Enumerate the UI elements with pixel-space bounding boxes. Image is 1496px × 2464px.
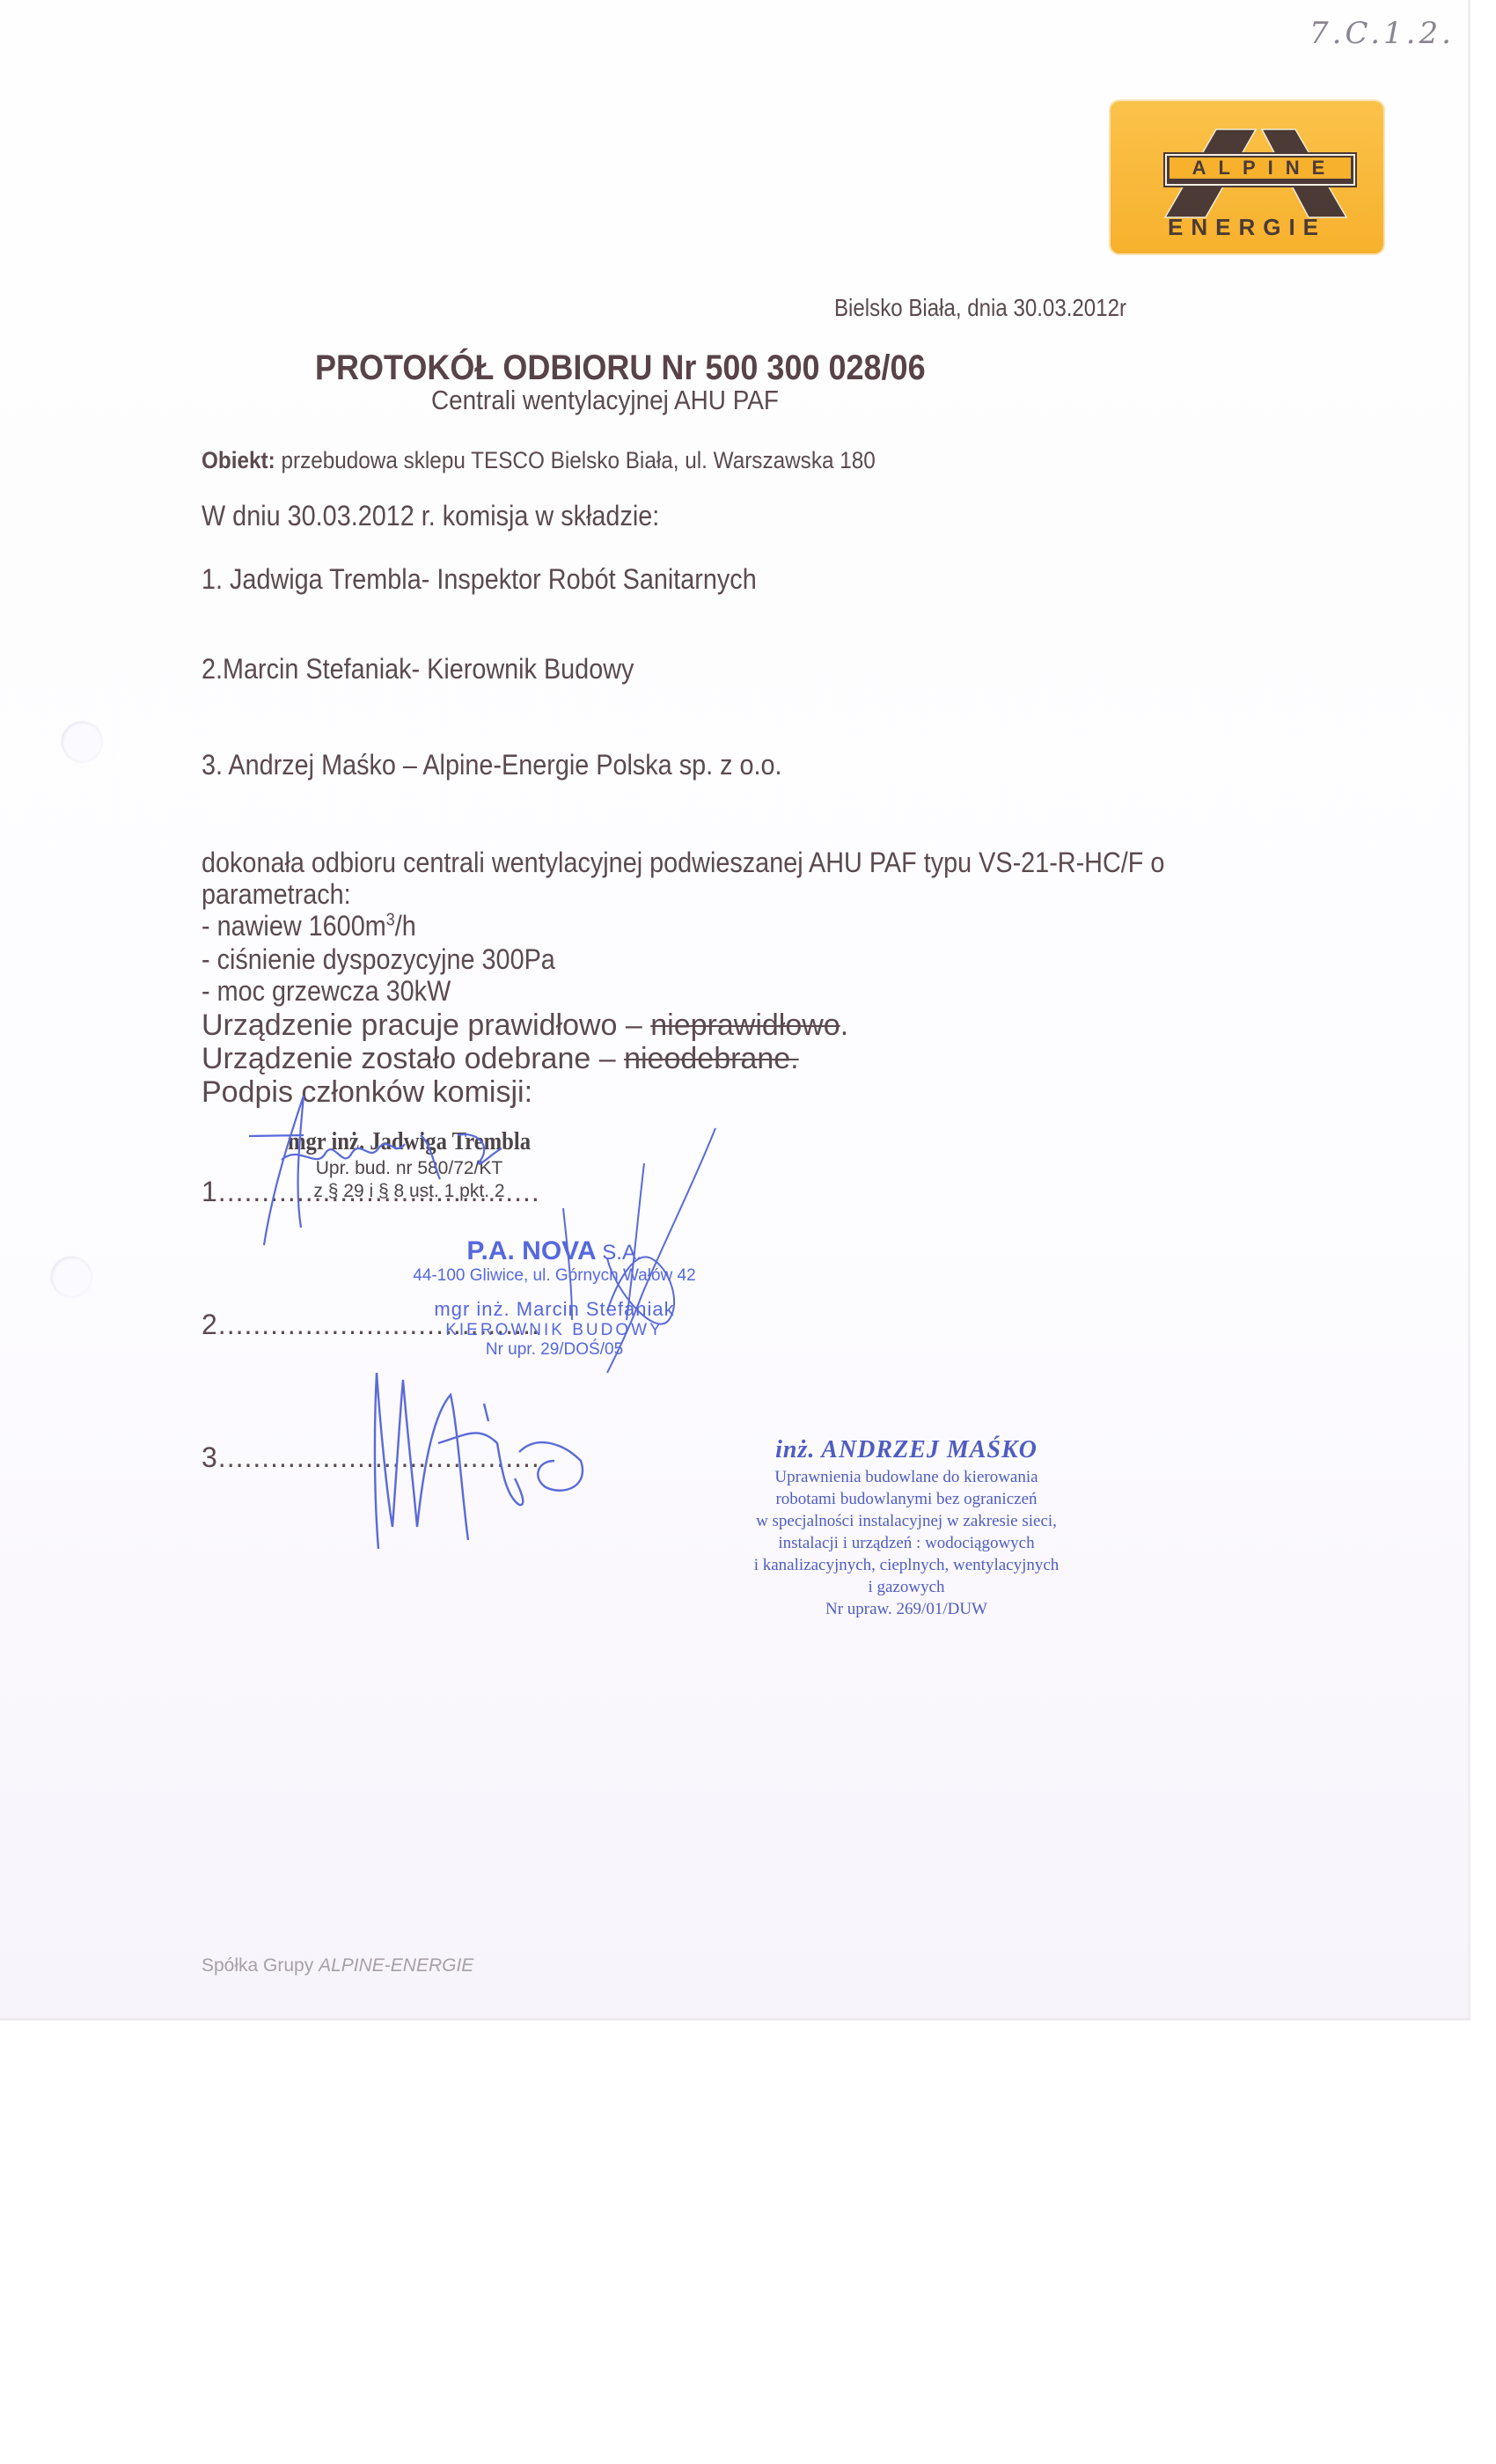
committee-intro: W dniu 30.03.2012 r. komisja w składzie: xyxy=(202,500,659,532)
param-airflow: - nawiew 1600m3/h xyxy=(202,910,416,942)
alpine-energie-logo: ALPINE ENERGIE xyxy=(1111,101,1383,253)
acceptance-line-1: dokonała odbioru centrali wentylacyjnej … xyxy=(202,847,1164,879)
signature-line-3: 3..................................... xyxy=(202,1441,540,1474)
handwritten-reference-note: 7.C.1.2. xyxy=(1309,16,1455,51)
stamp-trembla-basis: z § 29 i § 8 ust. 1 pkt. 2 xyxy=(264,1181,554,1202)
document-subtitle: Centrali wentylacyjnej AHU PAF xyxy=(431,385,779,416)
committee-member-3: 3. Andrzej Maśko – Alpine-Energie Polska… xyxy=(202,749,782,781)
stamp-masko-name: inż. ANDRZEJ MAŚKO xyxy=(704,1436,1109,1464)
footer-brand: ALPINE-ENERGIE xyxy=(319,1955,473,1976)
stamp-nova-license: Nr upr. 29/DOŚ/05 xyxy=(378,1340,730,1360)
stamp-trembla-license: Upr. bud. nr 580/72/KT xyxy=(264,1158,554,1179)
logo-energie-text: ENERGIE xyxy=(1111,214,1383,241)
punch-hole xyxy=(51,1257,92,1297)
object-line: Obiekt: przebudowa sklepu TESCO Bielsko … xyxy=(202,447,876,474)
object-value: przebudowa sklepu TESCO Bielsko Biała, u… xyxy=(275,447,876,473)
stamp-nova-address: 44-100 Gliwice, ul. Górnych Wałów 42 xyxy=(378,1266,730,1286)
status-operation: Urządzenie pracuje prawidłowo – nieprawi… xyxy=(202,1008,848,1043)
param-heating-power: - moc grzewcza 30kW xyxy=(202,975,451,1008)
status-acceptance: Urządzenie zostało odebrane – nieodebran… xyxy=(202,1042,799,1076)
stamp-trembla: mgr inż. Jadwiga Trembla Upr. bud. nr 58… xyxy=(264,1128,554,1202)
stamp-masko-license: Nr upraw. 269/01/DUW xyxy=(704,1598,1109,1620)
logo-alpine-text: ALPINE xyxy=(1170,158,1351,179)
logo-alpine-band: ALPINE xyxy=(1165,154,1355,186)
punch-hole xyxy=(62,722,102,762)
stamp-nova-company: P.A. NOVA xyxy=(466,1236,596,1265)
acceptance-line-2: parametrach: xyxy=(202,878,351,911)
footer-company-group: Spółka Grupy ALPINE-ENERGIE xyxy=(202,1955,473,1976)
struck-option: nieprawidłowo xyxy=(650,1008,840,1042)
document-title: PROTOKÓŁ ODBIORU Nr 500 300 028/06 xyxy=(315,348,926,388)
place-and-date: Bielsko Biała, dnia 30.03.2012r xyxy=(834,294,1126,322)
stamp-pa-nova: P.A. NOVA S.A. 44-100 Gliwice, ul. Górny… xyxy=(378,1236,730,1360)
struck-option: nieodebrane. xyxy=(624,1042,799,1075)
committee-member-2: 2.Marcin Stefaniak- Kierownik Budowy xyxy=(202,653,634,686)
stamp-nova-role: KIEROWNIK BUDOWY xyxy=(378,1321,730,1340)
object-label: Obiekt: xyxy=(202,447,275,473)
signatures-heading: Podpis członków komisji: xyxy=(202,1075,532,1110)
committee-member-1: 1. Jadwiga Trembla- Inspektor Robót Sani… xyxy=(202,563,757,596)
param-pressure: - ciśnienie dyspozycyjne 300Pa xyxy=(202,943,555,976)
stamp-masko: inż. ANDRZEJ MAŚKO Uprawnienia budowlane… xyxy=(704,1436,1109,1620)
stamp-nova-person: mgr inż. Marcin Stefaniak xyxy=(378,1298,730,1321)
stamp-trembla-name: mgr inż. Jadwiga Trembla xyxy=(282,1128,537,1156)
scanned-page: 7.C.1.2. ALPINE ENERGIE Bielsko Biała, d… xyxy=(0,0,1470,2020)
